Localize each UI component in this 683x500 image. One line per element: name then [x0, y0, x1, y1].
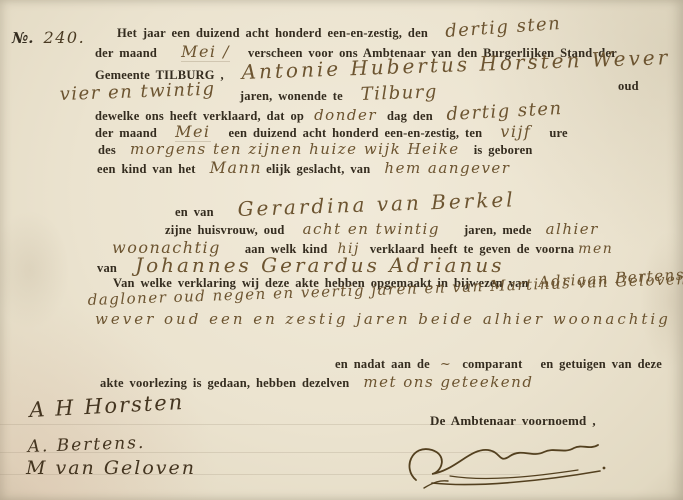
handwritten-month: Mei / — [181, 42, 230, 62]
deed-line-3b: oud — [618, 77, 639, 95]
handwritten-day-ordinal: dertig sten — [445, 13, 562, 42]
official-signature — [398, 428, 613, 490]
signature-witness-3: M van Geloven — [26, 457, 196, 479]
handwritten-insert-mark: ~ — [440, 357, 452, 372]
handwritten-day-ordinal-2: dertig sten — [446, 98, 563, 125]
birth-certificate-scan: №. 240. Het jaar een duizend acht honder… — [0, 0, 683, 500]
handwritten-signed-with-us: met ons geteekend — [363, 373, 533, 391]
act-number-block: №. 240. — [12, 28, 85, 48]
deed-line-14: dagloner oud negen en veertig jaren en v… — [88, 291, 683, 310]
printed-text-and-of: en van — [175, 205, 214, 219]
printed-text-and-after: en nadat aan de — [335, 357, 430, 371]
deed-line-1: Het jaar een duizend acht honderd een-en… — [117, 24, 562, 42]
printed-text-oud: oud — [618, 79, 639, 93]
handwritten-residence: Tilburg — [360, 81, 438, 105]
printed-text-year-2: een duizend acht honderd een-en-zestig, … — [229, 126, 483, 140]
official-signature-block — [398, 428, 613, 495]
printed-text-is-born: is geboren — [474, 143, 533, 157]
bleed-through-mark — [0, 210, 70, 330]
deed-line-9: en van Gerardina van Berkel — [175, 197, 516, 221]
signature-witness-1: A H Horsten — [30, 398, 185, 422]
printed-text-and-witnesses: en getuigen van deze — [540, 357, 662, 371]
printed-text-read-aloud: akte voorlezing is gedaan, hebben dezelv… — [100, 376, 349, 390]
printed-text-his-wife: zijne huisvrouw, oud — [165, 223, 285, 237]
handwritten-witness-details-2: wever oud een en zestig jaren beide alhi… — [95, 310, 671, 328]
handwritten-declarant-age: vier en twintig — [59, 79, 216, 105]
act-number-label: №. — [12, 29, 34, 47]
handwritten-alhier: alhier — [546, 220, 599, 238]
deed-line-16: en nadat aan de ~ comparant en getuigen … — [335, 355, 662, 373]
printed-text-month-label-2: der maand — [95, 126, 157, 140]
handwritten-mother-age: acht en twintig — [303, 220, 440, 238]
witness2-signature: A. Bertens. — [27, 433, 145, 457]
deed-line-4: vier en twintig jaren, wonende te Tilbur… — [60, 84, 438, 105]
printed-text-month-label: der maand — [95, 46, 157, 60]
handwritten-gender: Mann — [210, 158, 263, 177]
printed-text-des: des — [98, 143, 116, 157]
official-title-label: De Ambtenaar voornoemd , — [430, 413, 596, 428]
printed-text-ure: ure — [549, 126, 567, 140]
handwritten-hour: vijf — [500, 122, 531, 141]
handwritten-time-and-place: morgens ten zijnen huize wijk Heike — [130, 140, 460, 158]
signature-witness-2: A. Bertens. — [28, 437, 146, 457]
printed-text-residing: jaren, wonende te — [240, 89, 343, 103]
act-number-value: 240. — [44, 28, 86, 47]
deed-line-8: een kind van het Mann elijk geslacht, va… — [97, 158, 510, 178]
deed-line-17: akte voorlezing is gedaan, hebben dezelv… — [100, 373, 533, 392]
printed-text-gender-suffix: elijk geslacht, van — [266, 162, 370, 176]
handwritten-month-2: Mei — [175, 122, 210, 142]
deed-line-10: zijne huisvrouw, oud acht en twintig jar… — [165, 220, 599, 239]
witness1-signature: A H Horsten — [29, 390, 185, 422]
printed-text-years-also: jaren, mede — [464, 223, 532, 237]
deed-line-6: der maand Mei een duizend acht honderd e… — [95, 122, 568, 142]
witness3-signature: M van Geloven — [26, 457, 196, 479]
handwritten-men-suffix: men — [578, 241, 613, 257]
deed-line-7: des morgens ten zijnen huize wijk Heike … — [98, 140, 532, 159]
printed-text-comparant: comparant — [462, 357, 522, 371]
printed-text-declared: dewelke ons heeft verklaard, dat op — [95, 109, 304, 123]
printed-text-year: Het jaar een duizend acht honderd een-en… — [117, 26, 428, 40]
printed-text-a-child: een kind van het — [97, 162, 196, 176]
deed-line-15: wever oud een en zestig jaren beide alhi… — [95, 310, 671, 329]
handwritten-mother-name: Gerardina van Berkel — [237, 187, 516, 221]
handwritten-of-declarant: hem aangever — [384, 159, 510, 177]
printed-text-day-label: dag den — [387, 109, 433, 123]
